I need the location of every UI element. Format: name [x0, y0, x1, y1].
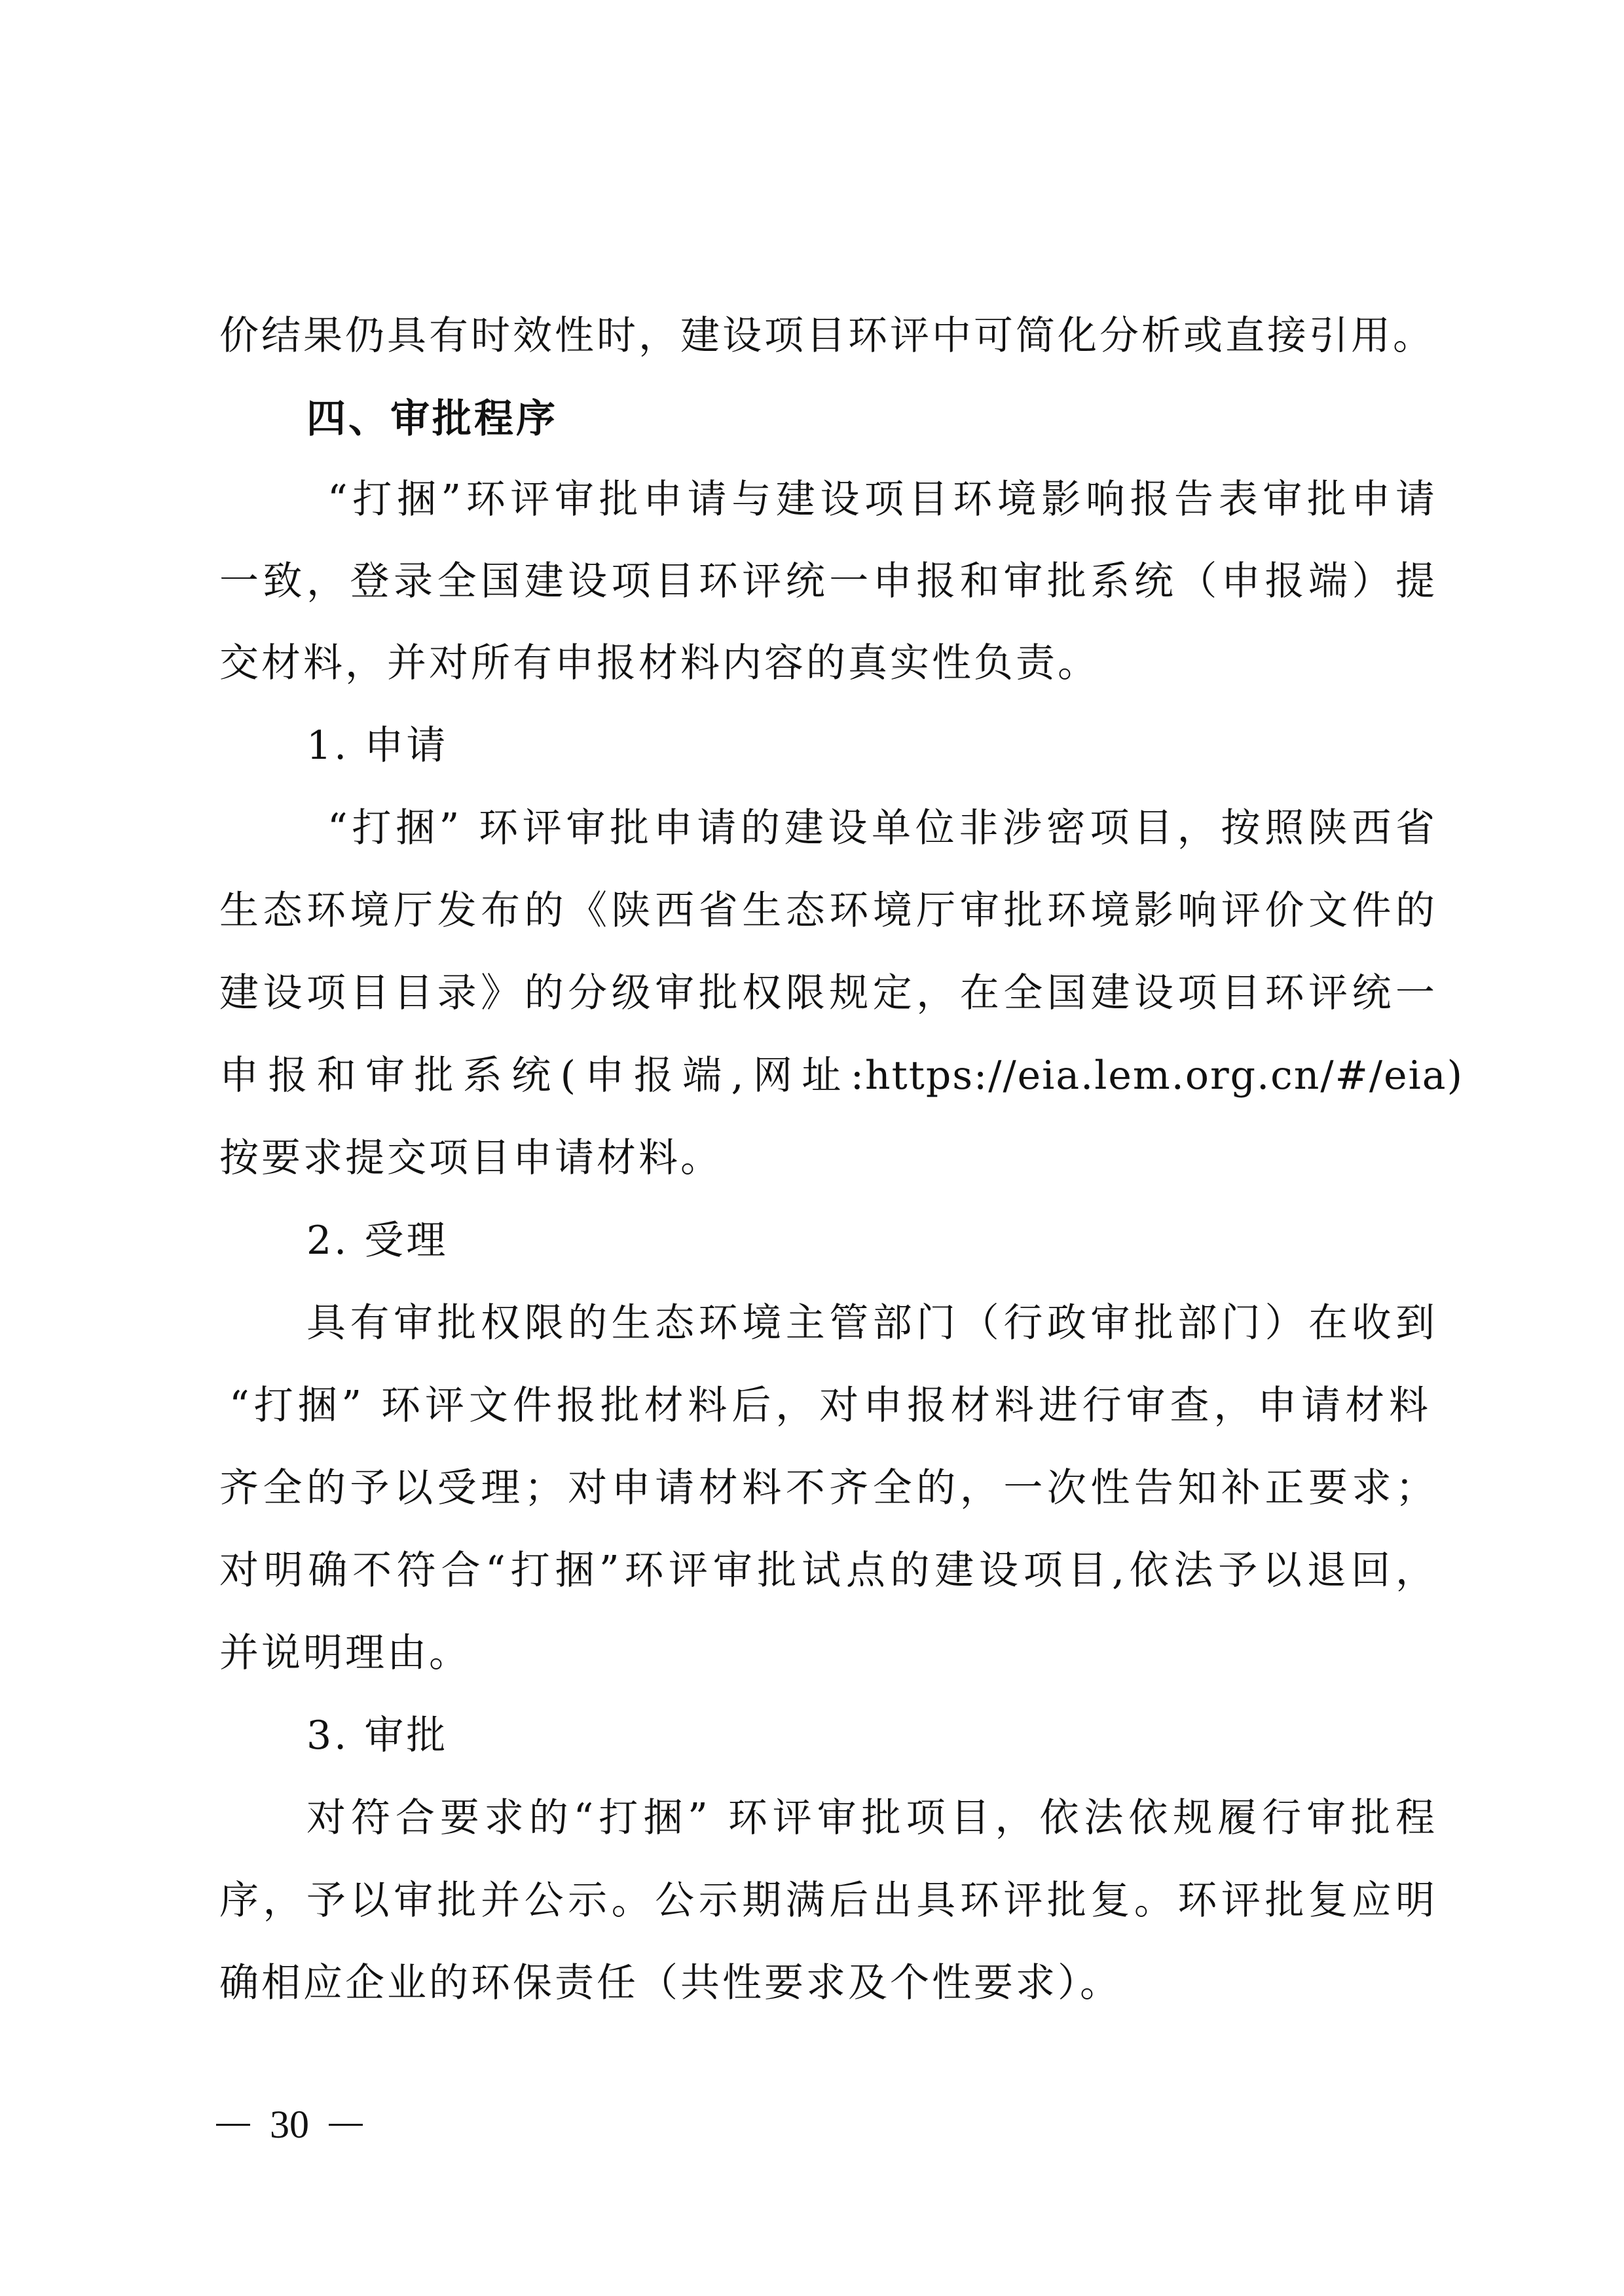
paragraph-line: “打捆” 环评审批申请的建设单位非涉密项目，按照陕西省: [327, 787, 1437, 870]
paragraph-line: 建设项目目录》的分级审批权限规定，在全国建设项目环评统一: [219, 952, 1437, 1035]
paragraph-line: 交材料，并对所有申报材料内容的真实性负责。: [219, 622, 1437, 705]
paragraph-line: “打捆”环评审批申请与建设项目环境影响报告表审批申请: [327, 458, 1437, 541]
dash-left: [216, 2124, 250, 2126]
paragraph-line: 一致，登录全国建设项目环评统一申报和审批系统（申报端）提: [219, 540, 1437, 623]
paragraph-line: 对符合要求的“打捆” 环评审批项目，依法依规履行审批程: [306, 1777, 1437, 1860]
subsection-heading-apply: 1. 申请: [306, 704, 1437, 788]
paragraph-line: 按要求提交项目申请材料。: [219, 1117, 1437, 1200]
paragraph-line: 齐全的予以受理；对申请材料不齐全的，一次性告知补正要求；: [219, 1447, 1437, 1530]
paragraph-line: 并说明理由。: [219, 1612, 1437, 1695]
page-number: 30: [270, 2095, 309, 2154]
paragraph-line: 具有审批权限的生态环境主管部门（行政审批部门）在收到: [306, 1282, 1437, 1365]
paragraph-line-continuation: 价结果仍具有时效性时，建设项目环评中可简化分析或直接引用。: [219, 295, 1437, 378]
page-number-footer: 30: [216, 2095, 363, 2154]
paragraph-line: 序，予以审批并公示。公示期满后出具环评批复。环评批复应明: [219, 1859, 1437, 1942]
paragraph-line: 生态环境厅发布的《陕西省生态环境厅审批环境影响评价文件的: [219, 869, 1437, 953]
paragraph-line: “打捆” 环评文件报批材料后，对申报材料进行审查，申请材料: [229, 1364, 1431, 1448]
section-heading-approval-procedure: 四、审批程序: [306, 378, 1437, 461]
paragraph-line: 确相应企业的环保责任（共性要求及个性要求）。: [219, 1942, 1437, 2025]
subsection-heading-accept: 2. 受理: [306, 1199, 1437, 1283]
document-page: 价结果仍具有时效性时，建设项目环评中可简化分析或直接引用。 四、审批程序 “打捆…: [0, 0, 1624, 2296]
paragraph-line-with-url: 申报和审批系统(申报端,网址:https://eia.lem.org.cn/#/…: [219, 1034, 1464, 1118]
dash-right: [329, 2124, 363, 2126]
paragraph-line: 对明确不符合“打捆”环评审批试点的建设项目,依法予以退回，: [219, 1529, 1437, 1613]
subsection-heading-approve: 3. 审批: [306, 1694, 1437, 1777]
